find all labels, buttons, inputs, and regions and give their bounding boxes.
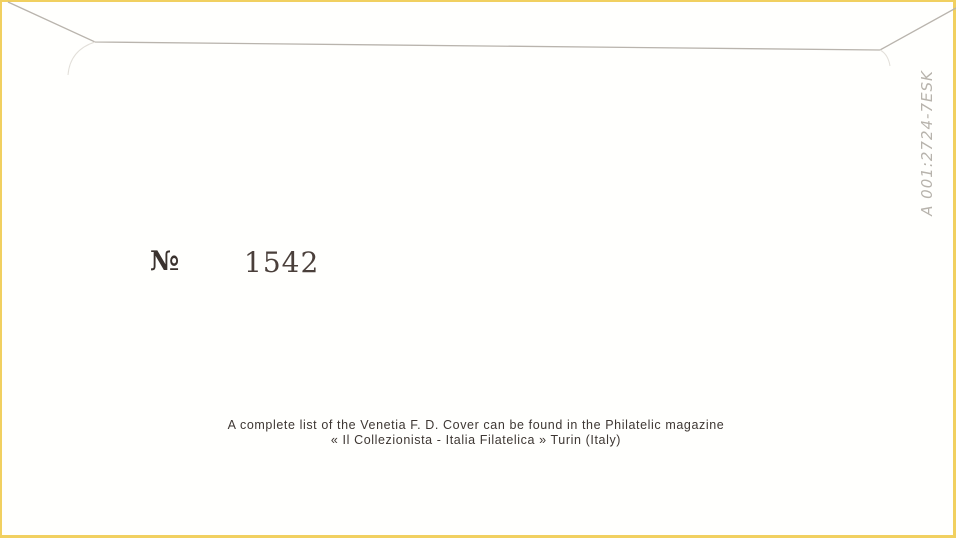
cover-serial-number: 1542 xyxy=(244,246,319,279)
pencil-annotation: A 001:2724-7ESK xyxy=(912,70,952,230)
pencil-annotation-text: A 001:2724-7ESK xyxy=(918,70,936,216)
number-symbol: № xyxy=(150,246,178,277)
catalog-note-line-1: A complete list of the Venetia F. D. Cov… xyxy=(0,418,954,432)
catalog-note-line-2: « Il Collezionista - Italia Filatelica »… xyxy=(0,433,954,447)
envelope-flap-outline xyxy=(0,0,956,538)
